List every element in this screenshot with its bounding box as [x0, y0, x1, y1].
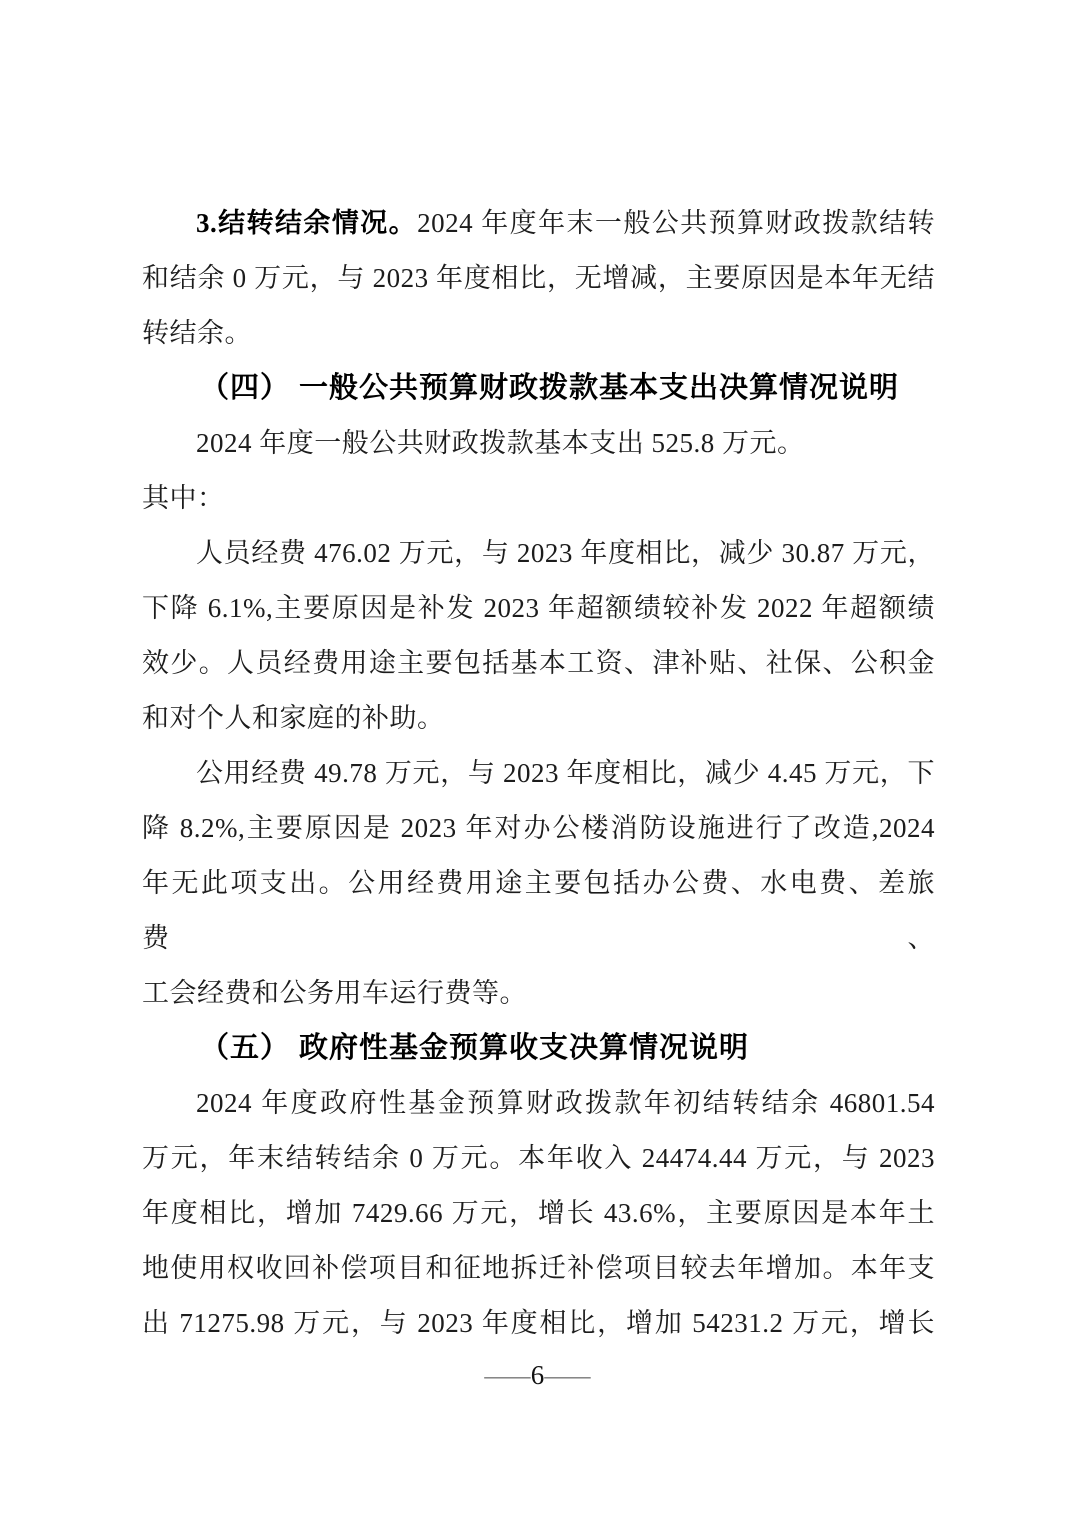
- text-run: 2024 年度一般公共财政拨款基本支出 525.8 万元。: [196, 428, 805, 458]
- text-line: 工会经费和公务用车运行费等。: [142, 966, 935, 1021]
- text-line: 公用经费 49.78 万元，与 2023 年度相比，减少 4.45 万元，下: [142, 746, 935, 801]
- text-run: 和结余 0 万元，与 2023 年度相比，无增减，主要原因是本年无结: [142, 263, 935, 293]
- text-line: 效少。人员经费用途主要包括基本工资、津补贴、社保、公积金: [142, 636, 935, 691]
- text-line: （五） 政府性基金预算收支决算情况说明: [142, 1021, 935, 1076]
- text-run: 万元，年末结转结余 0 万元。本年收入 24474.44 万元，与 2023: [142, 1143, 935, 1173]
- text-run: 地使用权收回补偿项目和征地拆迁补偿项目较去年增加。本年支: [142, 1253, 935, 1283]
- text-line: 和对个人和家庭的补助。: [142, 691, 935, 746]
- text-run: （五） 政府性基金预算收支决算情况说明: [200, 1032, 749, 1064]
- text-line: 下降 6.1%,主要原因是补发 2023 年超额绩较补发 2022 年超额绩: [142, 581, 935, 636]
- paragraph: 2024 年度一般公共财政拨款基本支出 525.8 万元。其中：: [142, 416, 935, 526]
- section-heading: （四） 一般公共预算财政拨款基本支出决算情况说明: [142, 361, 935, 416]
- text-line: 转结余。: [142, 306, 935, 361]
- text-line: 年度相比，增加 7429.66 万元，增长 43.6%，主要原因是本年土: [142, 1186, 935, 1241]
- text-run: 转结余。: [142, 318, 252, 348]
- text-line: 其中：: [142, 471, 935, 526]
- document-page: 3.结转结余情况。2024 年度年末一般公共预算财政拨款结转和结余 0 万元，与…: [0, 0, 1075, 1520]
- page-number: 6: [531, 1355, 545, 1395]
- paragraph: 人员经费 476.02 万元，与 2023 年度相比，减少 30.87 万元，下…: [142, 526, 935, 746]
- document-content: 3.结转结余情况。2024 年度年末一般公共预算财政拨款结转和结余 0 万元，与…: [142, 196, 935, 1351]
- text-run: 2024 年度政府性基金预算财政拨款年初结转结余 46801.54: [196, 1088, 935, 1118]
- paragraph: 2024 年度政府性基金预算财政拨款年初结转结余 46801.54万元，年末结转…: [142, 1076, 935, 1351]
- footer-dash-right: —: [545, 1355, 591, 1395]
- text-run: 下降 6.1%,主要原因是补发 2023 年超额绩较补发 2022 年超额绩: [142, 593, 935, 623]
- text-line: 万元，年末结转结余 0 万元。本年收入 24474.44 万元，与 2023: [142, 1131, 935, 1186]
- text-line: 和结余 0 万元，与 2023 年度相比，无增减，主要原因是本年无结: [142, 251, 935, 306]
- text-line: 降 8.2%,主要原因是 2023 年对办公楼消防设施进行了改造,2024: [142, 801, 935, 856]
- text-run: 效少。人员经费用途主要包括基本工资、津补贴、社保、公积金: [142, 648, 935, 678]
- text-line: 人员经费 476.02 万元，与 2023 年度相比，减少 30.87 万元，: [142, 526, 935, 581]
- paragraph: 公用经费 49.78 万元，与 2023 年度相比，减少 4.45 万元，下降 …: [142, 746, 935, 1021]
- text-run: 和对个人和家庭的补助。: [142, 703, 445, 733]
- text-line: 3.结转结余情况。2024 年度年末一般公共预算财政拨款结转: [142, 196, 935, 251]
- text-run: 人员经费 476.02 万元，与 2023 年度相比，减少 30.87 万元，: [196, 538, 935, 568]
- text-run: （四） 一般公共预算财政拨款基本支出决算情况说明: [200, 372, 899, 404]
- text-run: 其中：: [142, 483, 225, 513]
- text-run: 公用经费 49.78 万元，与 2023 年度相比，减少 4.45 万元，下: [196, 758, 935, 788]
- text-run: 出 71275.98 万元，与 2023 年度相比，增加 54231.2 万元，…: [142, 1308, 935, 1338]
- paragraph: 3.结转结余情况。2024 年度年末一般公共预算财政拨款结转和结余 0 万元，与…: [142, 196, 935, 361]
- text-line: 年无此项支出。公用经费用途主要包括办公费、水电费、差旅费、: [142, 856, 935, 966]
- text-run: 降 8.2%,主要原因是 2023 年对办公楼消防设施进行了改造,2024: [142, 813, 935, 843]
- footer-dash-left: —: [484, 1355, 530, 1395]
- text-run: 2024 年度年末一般公共预算财政拨款结转: [417, 208, 935, 238]
- page-footer: —6—: [0, 1355, 1075, 1395]
- text-line: 出 71275.98 万元，与 2023 年度相比，增加 54231.2 万元，…: [142, 1296, 935, 1351]
- text-run: 年无此项支出。公用经费用途主要包括办公费、水电费、差旅费、: [142, 868, 935, 953]
- text-line: 2024 年度政府性基金预算财政拨款年初结转结余 46801.54: [142, 1076, 935, 1131]
- text-line: 2024 年度一般公共财政拨款基本支出 525.8 万元。: [142, 416, 935, 471]
- text-run: 年度相比，增加 7429.66 万元，增长 43.6%，主要原因是本年土: [142, 1198, 935, 1228]
- section-heading: （五） 政府性基金预算收支决算情况说明: [142, 1021, 935, 1076]
- bold-text-run: 3.结转结余情况。: [196, 208, 417, 238]
- text-line: （四） 一般公共预算财政拨款基本支出决算情况说明: [142, 361, 935, 416]
- text-line: 地使用权收回补偿项目和征地拆迁补偿项目较去年增加。本年支: [142, 1241, 935, 1296]
- text-run: 工会经费和公务用车运行费等。: [142, 978, 527, 1008]
